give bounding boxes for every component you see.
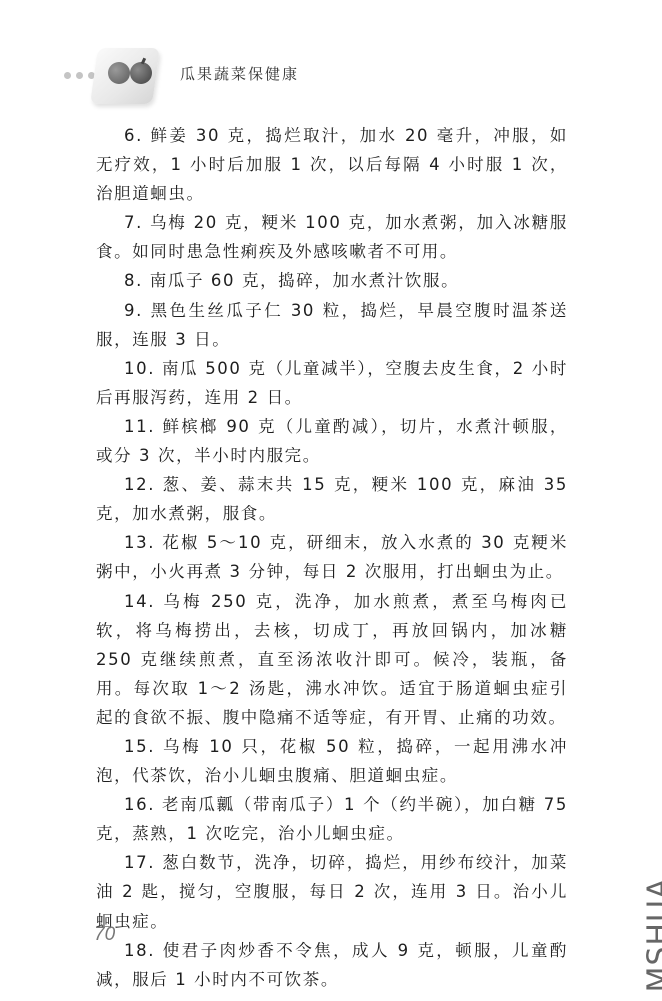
remedy-11: 11. 鲜槟榔 90 克（儿童酌减），切片，水煮汁顿服，或分 3 次，半小时内服… bbox=[96, 412, 568, 470]
remedy-8: 8. 南瓜子 60 克，捣碎，加水煮汁饮服。 bbox=[96, 266, 568, 295]
remedy-6: 6. 鲜姜 30 克，捣烂取汁，加水 20 毫升，冲服，如无疗效，1 小时后加服… bbox=[96, 121, 568, 208]
page-number: 70 bbox=[94, 924, 115, 946]
dot-icon bbox=[64, 72, 71, 79]
remedy-18: 18. 使君子肉炒香不令焦，成人 9 克，顿服，儿童酌减，服后 1 小时内不可饮… bbox=[96, 936, 568, 994]
running-header: 瓜果蔬菜保健康 bbox=[64, 48, 324, 108]
remedy-10: 10. 南瓜 500 克（儿童减半），空腹去皮生食，2 小时后再服泻药，连用 2… bbox=[96, 354, 568, 412]
dot-icon bbox=[76, 72, 83, 79]
tomato-icon bbox=[130, 62, 152, 84]
remedy-7: 7. 乌梅 20 克，粳米 100 克，加水煮粥，加入冰糖服食。如同时患急性痢疾… bbox=[96, 208, 568, 266]
remedy-15: 15. 乌梅 10 只，花椒 50 粒，捣碎，一起用沸水冲泡，代茶饮，治小儿蛔虫… bbox=[96, 732, 568, 790]
orange-icon bbox=[108, 62, 130, 84]
remedy-16: 16. 老南瓜瓤（带南瓜子）1 个（约半碗），加白糖 75 克，蒸熟，1 次吃完… bbox=[96, 790, 568, 848]
remedy-13: 13. 花椒 5～10 克，研细末，放入水煮的 30 克粳米粥中，小火再煮 3 … bbox=[96, 528, 568, 586]
chapter-title: 瓜果蔬菜保健康 bbox=[180, 63, 299, 84]
remedy-12: 12. 葱、姜、蒜末共 15 克，粳米 100 克，麻油 35 克，加水煮粥，服… bbox=[96, 470, 568, 528]
watermark: MSHUA bbox=[642, 883, 662, 993]
decorative-dots bbox=[64, 72, 95, 79]
body-text: 6. 鲜姜 30 克，捣烂取汁，加水 20 毫升，冲服，如无疗效，1 小时后加服… bbox=[96, 121, 568, 994]
remedy-14: 14. 乌梅 250 克，洗净，加水煎煮，煮至乌梅肉已软，将乌梅捞出，去核，切成… bbox=[96, 587, 568, 732]
remedy-9: 9. 黑色生丝瓜子仁 30 粒，捣烂，早晨空腹时温茶送服，连服 3 日。 bbox=[96, 296, 568, 354]
remedy-17: 17. 葱白数节，洗净，切碎，捣烂，用纱布绞汁，加菜油 2 匙，搅匀，空腹服，每… bbox=[96, 848, 568, 935]
